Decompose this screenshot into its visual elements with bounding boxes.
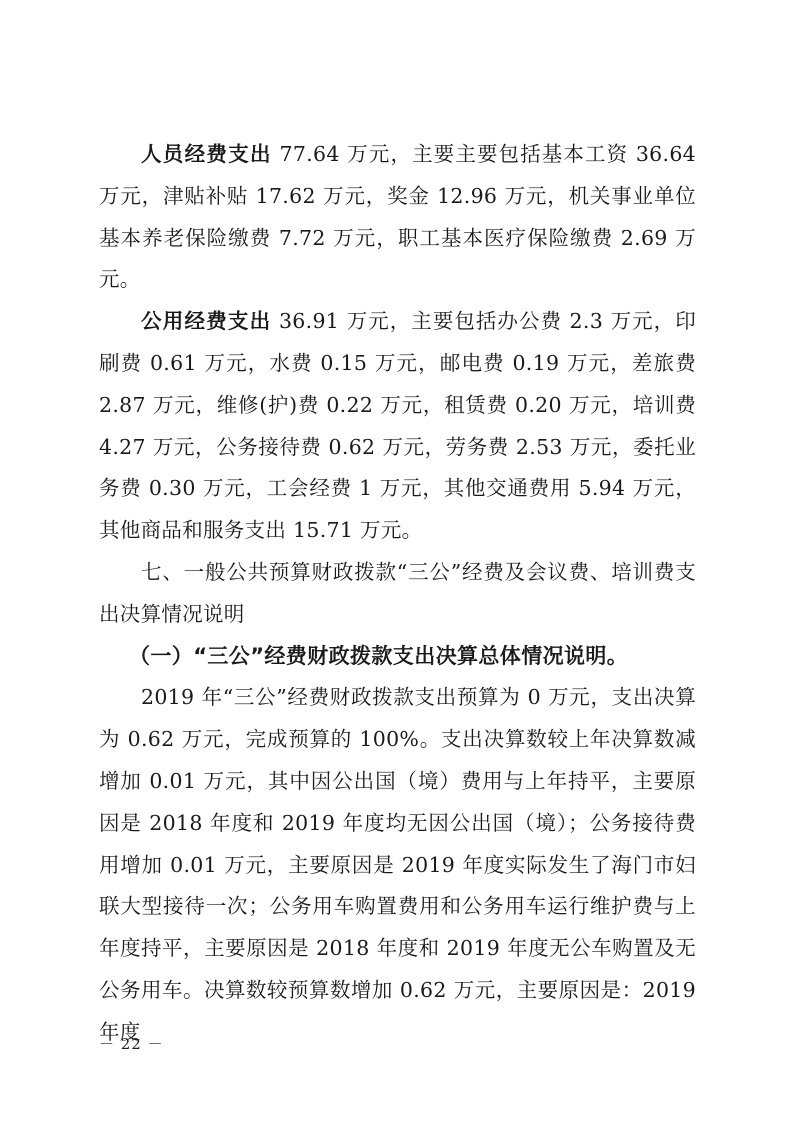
public-expense-lead: 公用经费支出 xyxy=(141,309,271,333)
three-public-expense-paragraph: 2019 年“三公”经费财政拨款支出预算为 0 万元，支出决算为 0.62 万元… xyxy=(99,677,696,1053)
personnel-expense-lead: 人员经费支出 xyxy=(141,142,272,166)
document-page: 人员经费支出 77.64 万元，主要主要包括基本工资 36.64 万元，津贴补贴… xyxy=(99,134,696,1054)
section-seven-title: 七、一般公共预算财政拨款“三公”经费及会议费、培训费支出决算情况说明 xyxy=(99,552,696,636)
personnel-expense-paragraph: 人员经费支出 77.64 万元，主要主要包括基本工资 36.64 万元，津贴补贴… xyxy=(99,134,696,301)
page-number: － 22 － xyxy=(99,1033,164,1054)
subsection-heading: （一）“三公”经费财政拨款支出决算总体情况说明。 xyxy=(99,636,696,678)
public-expense-paragraph: 公用经费支出 36.91 万元，主要包括办公费 2.3 万元，印刷费 0.61 … xyxy=(99,301,696,552)
public-expense-text: 36.91 万元，主要包括办公费 2.3 万元，印刷费 0.61 万元，水费 0… xyxy=(99,309,696,542)
